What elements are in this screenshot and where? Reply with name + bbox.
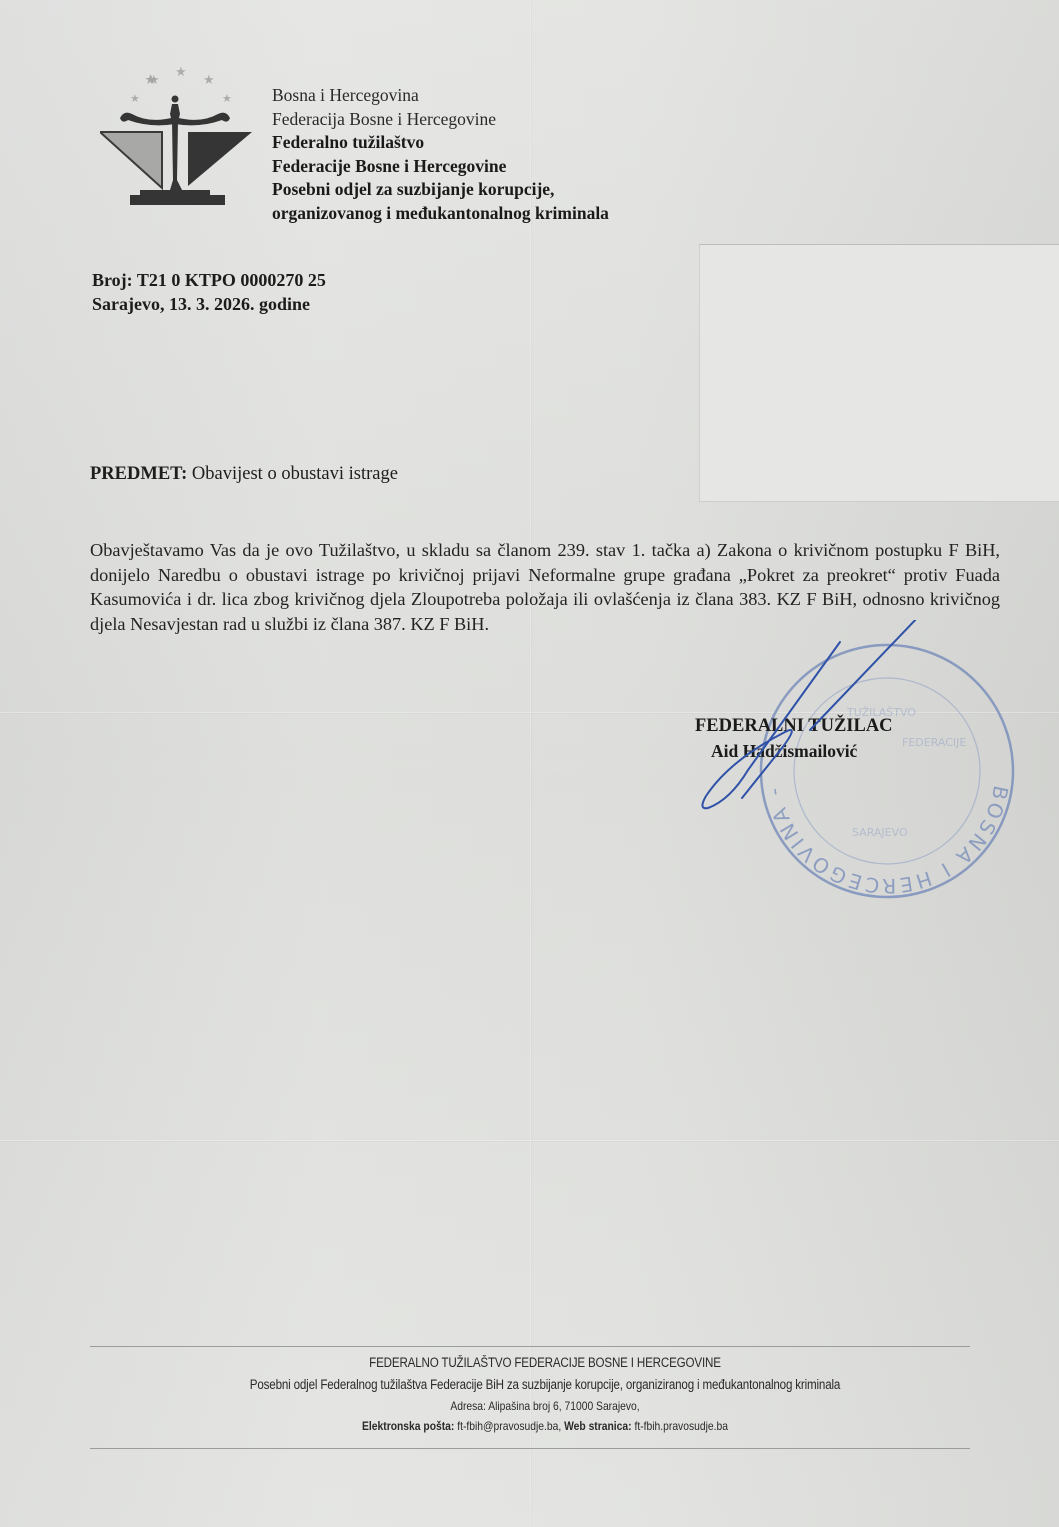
- footer-web[interactable]: ft-fbih.pravosudje.ba: [634, 1419, 728, 1433]
- fold-line-vertical: [530, 0, 532, 1527]
- reference-number: Broj: T21 0 KTPO 0000270 25: [92, 268, 326, 292]
- letterhead-entity: Federacija Bosne i Hercegovine: [272, 108, 609, 132]
- subject-label: PREDMET:: [90, 464, 187, 484]
- footer-office-name: FEDERALNO TUŽILAŠTVO FEDERACIJE BOSNE I …: [180, 1352, 911, 1374]
- svg-text:★: ★: [130, 92, 140, 105]
- letterhead-department-cont: organizovanog i međukantonalnog kriminal…: [272, 202, 609, 226]
- letterhead-country: Bosna i Hercegovina: [272, 84, 609, 108]
- footer-web-label: Web stranica:: [564, 1419, 631, 1433]
- footer-address: Adresa: Alipašina broj 6, 71000 Sarajevo…: [180, 1396, 911, 1416]
- footer-divider-top: [90, 1346, 970, 1347]
- place-date: Sarajevo, 13. 3. 2026. godine: [92, 292, 326, 316]
- handwritten-signature-icon: [690, 620, 950, 820]
- svg-text:★: ★: [148, 73, 160, 88]
- svg-text:★: ★: [203, 73, 215, 88]
- document-page: ★ ★ ★ ★ ★ Bosna i Hercegovina Federacija…: [0, 0, 1059, 1527]
- subject-text: Obavijest o obustavi istrage: [192, 464, 398, 484]
- footer-divider-bottom: [90, 1448, 970, 1449]
- letterhead-office-entity: Federacije Bosne i Hercegovine: [272, 155, 609, 179]
- letterhead: Bosna i Hercegovina Federacija Bosne i H…: [272, 84, 609, 225]
- reference-block: Broj: T21 0 KTPO 0000270 25 Sarajevo, 13…: [92, 268, 326, 316]
- letterhead-office: Federalno tužilaštvo: [272, 131, 609, 155]
- footer: FEDERALNO TUŽILAŠTVO FEDERACIJE BOSNE I …: [120, 1352, 970, 1436]
- scales-of-justice-emblem-icon: ★ ★ ★ ★ ★: [100, 62, 270, 217]
- footer-department: Posebni odjel Federalnog tužilaštva Fede…: [180, 1374, 911, 1396]
- footer-email[interactable]: ft-fbih@pravosudje.ba,: [457, 1419, 561, 1433]
- redacted-recipient-area: [699, 244, 1059, 502]
- subject-line: PREDMET: Obavijest o obustavi istrage: [90, 462, 398, 486]
- svg-text:SARAJEVO: SARAJEVO: [852, 826, 908, 839]
- footer-email-label: Elektronska pošta:: [362, 1419, 454, 1433]
- footer-contact: Elektronska pošta: ft-fbih@pravosudje.ba…: [180, 1416, 911, 1436]
- svg-text:★: ★: [222, 92, 232, 105]
- svg-text:★: ★: [175, 65, 187, 80]
- letterhead-department: Posebni odjel za suzbijanje korupcije,: [272, 178, 609, 202]
